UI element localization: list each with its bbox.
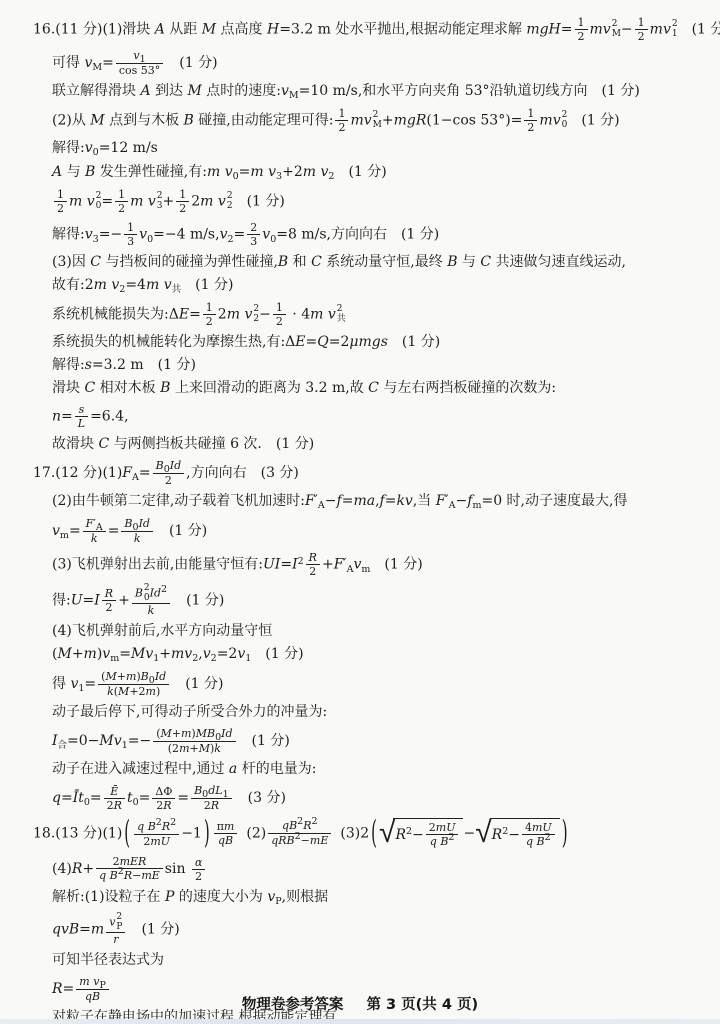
math-b: 2 [227, 202, 233, 212]
math-variable: m [650, 22, 663, 38]
math-fraction: ΔΦ2R [152, 785, 175, 812]
math-fraction: R2 [306, 551, 320, 578]
math-fraction: 12 [335, 107, 348, 134]
math-variable: MB [196, 727, 215, 740]
math-variable: I [292, 557, 298, 573]
math-variable: M [161, 727, 172, 740]
math-variable: q [218, 834, 225, 847]
math-sub: 0 [93, 147, 99, 158]
math-den: 2 [203, 315, 216, 328]
math-sub: 0 [202, 789, 208, 800]
math-variable: s [85, 357, 92, 373]
math-variable: k [91, 532, 98, 545]
math-sup: 2 [448, 832, 454, 843]
math-variable: m [84, 646, 97, 662]
math-fraction: 13 [124, 221, 137, 248]
math-variable: B [85, 164, 95, 180]
math-num: B20Id2 [132, 584, 170, 604]
answer-line: 得 v1=(M+m)B0Idk(M+2m) (1 分) [52, 667, 706, 701]
math-variable: B [194, 784, 202, 797]
big-paren: ) [562, 809, 568, 857]
footer-title: 物理卷参考答案 [242, 997, 344, 1013]
answer-line: (2)从 M 点到与木板 B 碰撞,由动能定理可得:12mv2M+mgR(1−c… [52, 104, 706, 137]
math-num: B0dL1 [191, 784, 232, 799]
answer-line: 解得:s=3.2 m (1 分) [52, 354, 706, 377]
math-variable: m [590, 22, 603, 38]
math-variable: R [163, 799, 171, 812]
math-supsub: 20 [562, 111, 568, 130]
math-fraction: 12 [635, 16, 648, 43]
math-den: 2 [54, 202, 67, 215]
math-supsub: 21 [672, 20, 678, 39]
math-variable: R [492, 827, 503, 843]
math-sub: 2 [119, 284, 125, 295]
math-variable: F [122, 465, 132, 481]
math-num: 1 [575, 16, 588, 30]
math-den: k [132, 604, 170, 617]
math-fraction: 12 [524, 107, 537, 134]
math-variable: M [105, 670, 116, 683]
math-den: (2m+M)k [153, 742, 235, 755]
answer-line: (4)R+2mERq B2R−mEsin α2 [52, 852, 706, 886]
radical-icon: √ [379, 818, 395, 848]
math-b: M [373, 121, 382, 131]
answer-line: 动子最后停下,可得动子所受合外力的冲量为: [52, 701, 706, 724]
math-variable: v [220, 227, 228, 243]
math-num: 1 [335, 107, 348, 121]
math-variable: F [305, 493, 315, 509]
math-fraction: (M+m)MB0Id(2m+M)k [153, 727, 235, 755]
math-variable: v [364, 113, 372, 129]
big-paren: ( [124, 809, 130, 857]
math-num: 1 [176, 188, 189, 202]
answer-line: (3)因 C 与挡板间的碰撞为弹性碰撞,B 和 C 系统动量守恒,最终 B 与 … [52, 251, 706, 274]
math-b: 3 [157, 202, 163, 212]
math-den: 2 [273, 315, 286, 328]
math-variable: B [124, 517, 132, 530]
math-variable: B [278, 254, 288, 270]
math-supsub: 2P [116, 913, 122, 932]
answer-line: (3)飞机弹射出去前,由能量守恒有:UI=I2R2+F′Avm (1 分) [52, 548, 706, 581]
math-variable: Q [317, 334, 328, 350]
math-sub: A [347, 564, 354, 575]
math-supsub: 2M [612, 20, 621, 39]
math-sqrt: √R2−4mUq B2 [475, 818, 560, 849]
math-num: v1 [116, 49, 163, 64]
math-variable: m [539, 113, 552, 129]
math-sub: 2 [192, 653, 198, 664]
math-variable: q [52, 790, 61, 806]
math-variable: B [184, 113, 194, 129]
math-sup: 2 [406, 826, 412, 837]
math-den: 2 [115, 202, 128, 215]
math-den: 3 [247, 235, 260, 248]
answer-line: 系统机械能损失为:ΔE=122m v22−12 · 4m v2共 [52, 298, 706, 331]
math-fraction: 23 [247, 221, 260, 248]
math-sub: m [472, 500, 481, 511]
math-variable: ma [353, 493, 375, 509]
math-variable: v [218, 194, 226, 210]
math-num: (M+m)B0Id [98, 670, 169, 685]
math-variable: RB [278, 834, 294, 847]
math-den: qRB2−mE [268, 834, 331, 848]
math-variable: Ē [110, 785, 118, 798]
math-fraction: B0dL12R [191, 784, 232, 812]
math-variable: R [162, 820, 170, 833]
math-den: 2 [102, 601, 116, 614]
math-variable: H [267, 22, 279, 38]
math-sub: A [449, 500, 456, 511]
answer-line: n=sL=6.4, [52, 400, 706, 433]
answer-line: 16.(11 分)(1)滑块 A 从距 M 点高度 H=3.2 m 处水平抛出,… [33, 13, 706, 46]
math-sup: 2 [545, 832, 551, 843]
answer-line: qvB=mv2Pr (1 分) [52, 910, 706, 949]
math-variable: v [87, 194, 95, 210]
math-num: v2P [106, 913, 125, 933]
math-variable: m [130, 194, 143, 210]
math-fraction: B0Idk [121, 517, 153, 545]
math-variable: Id [139, 517, 150, 530]
math-num: s [75, 403, 88, 417]
math-sub: 1 [245, 653, 251, 664]
math-variable: M [118, 685, 129, 698]
math-variable: v [164, 277, 172, 293]
math-den: L [75, 417, 88, 430]
math-variable: A [140, 83, 150, 99]
math-variable: P [165, 889, 174, 905]
math-variable: v [52, 523, 60, 539]
math-num: 1 [124, 221, 137, 235]
math-variable: R [124, 869, 132, 882]
math-den: 2R [152, 799, 175, 812]
math-num: R [102, 587, 116, 601]
math-variable: m [69, 194, 82, 210]
math-num: B0Id [121, 517, 153, 532]
math-variable: v [85, 140, 93, 156]
math-variable: M [57, 646, 71, 662]
math-den: cos 53° [116, 64, 163, 77]
math-variable: F [86, 517, 94, 530]
math-variable: E [295, 334, 305, 350]
math-variable: kv [396, 493, 412, 509]
math-den: 2 [153, 474, 185, 487]
math-sub: A [132, 472, 139, 483]
math-variable: R [105, 587, 113, 600]
math-variable: M [131, 646, 145, 662]
math-variable: m [227, 307, 240, 323]
math-variable: v [148, 194, 156, 210]
math-variable: n [52, 409, 61, 425]
math-sub: A [96, 522, 103, 533]
math-sub: 0 [84, 797, 90, 808]
math-variable: f [337, 493, 342, 509]
math-variable: B [225, 834, 233, 847]
math-sup: 2 [118, 866, 124, 877]
math-den: 2 [335, 121, 348, 134]
math-sup: 2 [156, 817, 162, 828]
math-fraction: α2 [192, 856, 205, 883]
math-den: q B2R−mE [96, 869, 163, 883]
answer-line: (2)由牛顿第二定律,动子载着飞机加速时:F′A−f=ma,f=kv,当 F′A… [52, 490, 706, 514]
answer-line: 解析:(1)设粒子在 P 的速度大小为 vP,则根据 [52, 886, 706, 910]
math-den: 3 [124, 235, 137, 248]
math-fraction: 12 [176, 188, 189, 215]
math-sub: 0 [215, 732, 221, 743]
math-num: 1 [54, 188, 67, 202]
math-variable: Id [170, 459, 181, 472]
math-variable: m [250, 164, 263, 180]
math-variable: m [179, 742, 189, 755]
math-den: 2 [306, 565, 320, 578]
math-b: 0 [562, 121, 568, 131]
big-paren: ) [204, 809, 210, 857]
math-sub: 2 [228, 234, 234, 245]
answer-line: (M+m)vm=Mv1+mv2,v2=2v1 (1 分) [52, 643, 706, 667]
math-variable: Id [150, 587, 161, 600]
math-den: q B2 [522, 835, 555, 849]
answer-line: I合=0−Mv1=−(M+m)MB0Id(2m+M)k (1 分) [52, 724, 706, 758]
math-sup: 2 [312, 816, 318, 827]
math-supsub: 2M [373, 111, 382, 130]
math-fraction: Ē2R [104, 785, 125, 812]
math-variable: B [156, 459, 164, 472]
math-den: 2R [191, 799, 232, 812]
math-variable: R [114, 799, 122, 812]
math-variable: A [155, 22, 165, 38]
math-variable: a [229, 761, 237, 777]
math-den: k [121, 532, 153, 545]
math-sub: 0 [133, 522, 139, 533]
math-variable: mU [150, 835, 170, 848]
math-b: 2 [253, 315, 259, 325]
math-sub: 1 [78, 683, 84, 694]
math-den: qB [214, 834, 238, 847]
math-sub: m [60, 530, 69, 541]
math-fraction: 12 [575, 16, 588, 43]
answer-line: 解得:v3=−13v0=−4 m/s,v2=23v0=8 m/s,方向向右 (1… [52, 218, 706, 251]
math-variable: k [214, 742, 221, 755]
math-sub: 0 [147, 234, 153, 245]
math-variable: mE [141, 869, 159, 882]
answer-line: 故滑块 C 与两侧挡板共碰撞 6 次. (1 分) [52, 433, 706, 456]
math-variable: Id [155, 670, 166, 683]
math-variable: I [94, 593, 100, 609]
math-variable: m [79, 975, 89, 988]
math-variable: C [311, 254, 322, 270]
math-sub: A [318, 500, 325, 511]
math-b: 0 [96, 202, 102, 212]
math-variable: q [282, 819, 289, 832]
math-variable: R [303, 819, 311, 832]
math-variable: v [553, 113, 561, 129]
math-variable: C [368, 380, 379, 396]
math-den: k [83, 532, 106, 545]
math-sub: P [99, 980, 105, 991]
math-variable: A [52, 164, 62, 180]
math-num: R [306, 551, 320, 565]
math-variable: t [127, 790, 133, 806]
math-variable: C [98, 436, 109, 452]
math-sub: 0 [164, 464, 170, 475]
math-num: B0Id [153, 459, 185, 474]
math-sup: 2 [295, 831, 301, 842]
math-sqrt: √R2−2mUq B2 [379, 818, 464, 849]
math-num: 1 [635, 16, 648, 30]
answer-line: 17.(12 分)(1)FA=B0Id2,方向向右 (3 分) [33, 456, 706, 490]
math-variable: B [537, 835, 545, 848]
exam-answer-page: 16.(11 分)(1)滑块 A 从距 M 点高度 H=3.2 m 处水平抛出,… [0, 0, 720, 1024]
math-variable: R [72, 861, 83, 877]
math-variable: C [90, 254, 101, 270]
math-den: q B2 [426, 835, 459, 849]
math-den: 2mU [134, 835, 179, 848]
math-den: 2 [192, 870, 205, 883]
math-fraction: 4mUq B2 [522, 821, 555, 849]
math-variable: E [179, 307, 189, 323]
math-variable: M [202, 22, 216, 38]
math-variable: m [146, 685, 156, 698]
math-sub: 0 [149, 675, 155, 686]
math-variable: m [126, 670, 136, 683]
math-b: 共 [337, 315, 346, 325]
math-sub: 1 [153, 653, 159, 664]
math-variable: m [224, 820, 234, 833]
math-den: 2 [176, 202, 189, 215]
math-variable: B [110, 869, 118, 882]
math-num: 1 [115, 188, 128, 202]
math-den: k(M+2m) [98, 685, 169, 698]
math-variable: U [71, 593, 83, 609]
math-variable: v [603, 22, 611, 38]
math-variable: B [447, 254, 457, 270]
math-sup: 2 [298, 556, 304, 567]
math-fraction: v2Pr [106, 913, 125, 946]
math-variable: R [395, 827, 406, 843]
math-fraction: 12 [54, 188, 67, 215]
math-num: πm [214, 820, 238, 834]
math-sub: 1 [140, 54, 146, 65]
math-variable: v [225, 164, 233, 180]
math-sub: 合 [58, 740, 68, 751]
math-variable: qvB [52, 922, 79, 938]
math-variable: v [133, 49, 139, 62]
math-fraction: F′Ak [83, 517, 106, 545]
math-variable: v [203, 646, 211, 662]
math-sub: m [110, 653, 119, 664]
math-supsub: 22 [227, 192, 233, 211]
answer-line: 可知半径表达式为 [52, 949, 706, 972]
math-fraction: R2 [102, 587, 116, 614]
math-variable: f [380, 493, 385, 509]
math-variable: M [90, 113, 104, 129]
math-variable: m [181, 727, 191, 740]
math-sub: M [289, 90, 299, 101]
answer-line: A 与 B 发生弹性碰撞,有:m v0=m v3+2m v2 (1 分) [52, 161, 706, 185]
math-variable: v [663, 22, 671, 38]
math-sub: 0 [270, 234, 276, 245]
math-variable: v [114, 733, 122, 749]
math-fraction: 12 [115, 188, 128, 215]
math-variable: μmgs [349, 334, 388, 350]
math-fraction: B0Id2 [153, 459, 185, 487]
math-variable: mgR [394, 113, 427, 129]
math-supsub: 22 [253, 305, 259, 324]
math-den: 2 [635, 30, 648, 43]
math-supsub: 23 [157, 192, 163, 211]
math-variable: M [187, 83, 201, 99]
answer-line: 解得:v0=12 m/s [52, 137, 706, 161]
math-num: q B2R2 [134, 820, 179, 835]
math-variable: F [334, 557, 344, 573]
math-num: F′A [83, 517, 106, 532]
math-fraction: q B2R22mU [134, 820, 179, 848]
math-variable: mgH [526, 22, 560, 38]
math-fraction: (M+m)B0Idk(M+2m) [98, 670, 169, 698]
math-num: 1 [203, 301, 216, 315]
math-variable: M [199, 742, 210, 755]
math-num: ΔΦ [152, 785, 175, 799]
math-num: m vP [76, 975, 109, 990]
math-variable: B [160, 380, 170, 396]
math-variable: q [526, 835, 533, 848]
answer-line: 12m v20=12m v23+122m v22 (1 分) [52, 185, 706, 218]
math-variable: v [244, 307, 252, 323]
math-sub: 2 [328, 171, 334, 182]
answer-line: 联立解得滑块 A 到达 M 点时的速度:vM=10 m/s,和水平方向夹角 53… [52, 80, 706, 104]
math-supsub: 2共 [337, 305, 346, 324]
answer-line: q=Īt0=Ē2Rt0=ΔΦ2R=B0dL12R (3 分) [52, 781, 706, 815]
math-b: M [612, 30, 621, 40]
math-variable: mE [310, 834, 328, 847]
math-variable: B [135, 587, 143, 600]
math-fraction: 12 [273, 301, 286, 328]
answers-document: 16.(11 分)(1)滑块 A 从距 M 点高度 H=3.2 m 处水平抛出,… [33, 13, 706, 1024]
answer-line: 可得 vM=v1cos 53° (1 分) [52, 46, 706, 80]
math-num: 2 [247, 221, 260, 235]
answer-line: vm=F′Ak=B0Idk (1 分) [52, 514, 706, 548]
math-sub: 0 [133, 797, 139, 808]
math-variable: B [141, 670, 149, 683]
math-variable: k [134, 532, 141, 545]
big-paren: ( [371, 809, 377, 857]
answer-line: 动子在进入减速过程中,通过 a 杆的电量为: [52, 758, 706, 781]
math-variable: m [207, 164, 220, 180]
math-sup: 2 [170, 817, 176, 828]
math-fraction: πmqB [214, 820, 238, 847]
math-fraction: B20Id2k [132, 584, 170, 617]
math-variable: I [52, 733, 58, 749]
radical-icon: √ [475, 818, 491, 848]
math-sub: 0 [233, 171, 239, 182]
math-variable: C [480, 254, 491, 270]
math-variable: v [262, 227, 270, 243]
math-sub: 3 [276, 171, 282, 182]
math-variable: α [195, 856, 202, 869]
answer-line: 18.(13 分)(1)(q B2R22mU−1)πmqB (2)qB2R2qR… [33, 815, 706, 852]
math-sub: m [361, 564, 370, 575]
math-den: r [106, 933, 125, 946]
math-sub: M [92, 62, 102, 73]
math-sub: 1 [122, 740, 128, 751]
footer-page-indicator: 第 3 页(共 4 页) [366, 997, 478, 1013]
math-variable: v [109, 916, 115, 929]
math-fraction: v1cos 53° [116, 49, 163, 77]
math-num: (M+m)MB0Id [153, 727, 235, 742]
math-fraction: 2mERq B2R−mE [96, 855, 163, 883]
math-sup: 2 [161, 584, 167, 595]
math-variable: v [139, 227, 147, 243]
math-variable: M [99, 733, 113, 749]
